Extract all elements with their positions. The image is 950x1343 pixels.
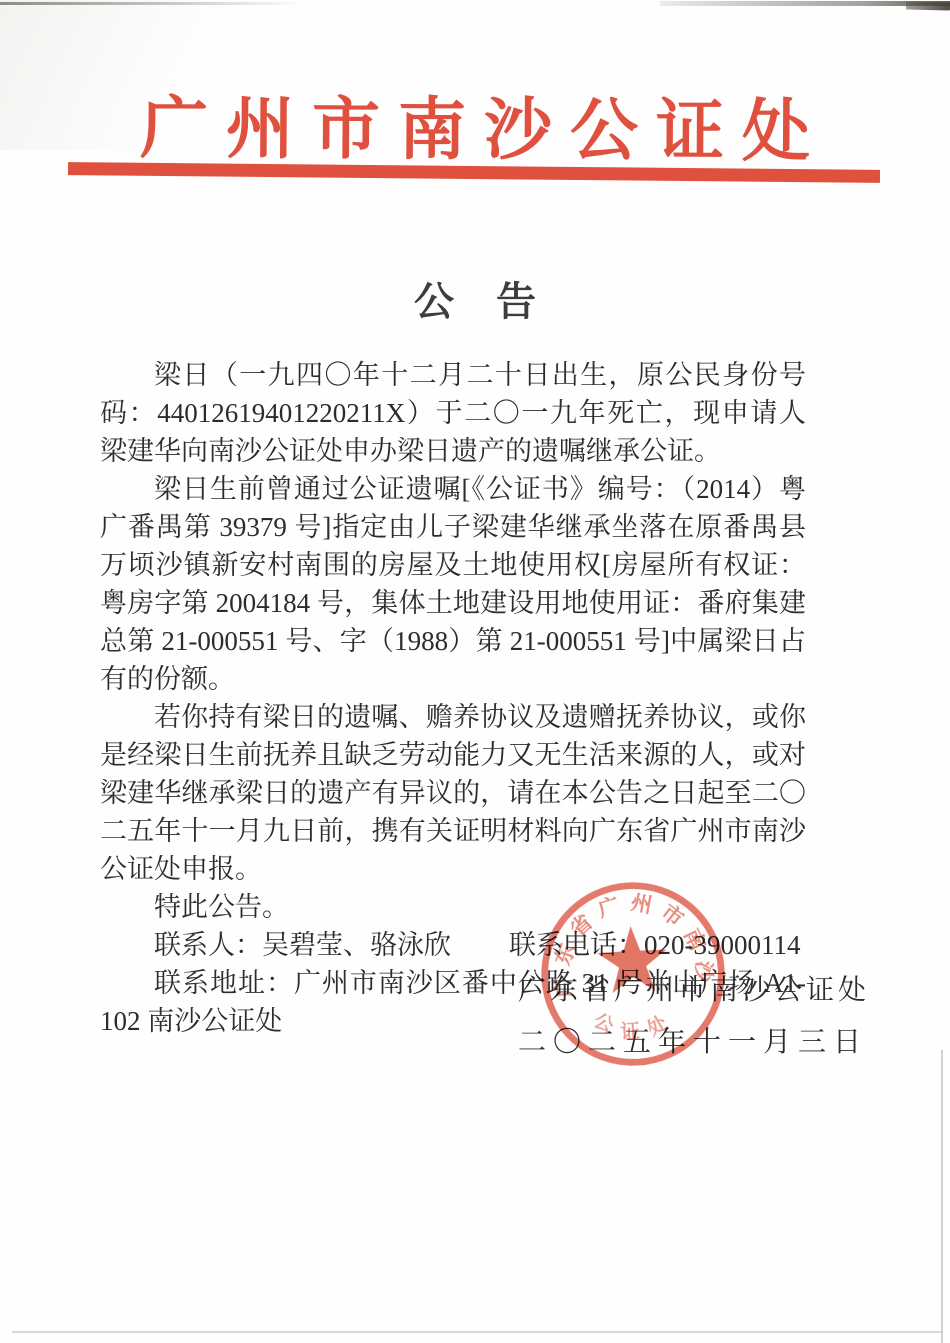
scan-page-edge-bottom [12, 1331, 942, 1333]
scan-edge-top-left [0, 2, 305, 5]
scan-page-edge-right [941, 1050, 943, 1343]
notice-closing: 特此公告。 [100, 888, 806, 926]
notice-paragraph-3: 若你持有梁日的遗嘱、赡养协议及遗赠抚养协议，或你是经梁日生前抚养且缺乏劳动能力又… [100, 698, 806, 888]
signature-date: 二〇二五年十一月三日 [518, 1020, 868, 1060]
contact-phone: 联系电话：020-39000114 [509, 930, 801, 960]
notice-body: 梁日（一九四〇年十二月二十日出生，原公民身份号码：440126194012202… [100, 356, 806, 1040]
contact-line: 联系人：吴碧莹、骆泳欣联系电话：020-39000114 [100, 926, 806, 964]
scan-edge-top-right-blob [906, 1, 950, 10]
contact-person: 联系人：吴碧莹、骆泳欣 [154, 930, 451, 960]
notice-paragraph-1: 梁日（一九四〇年十二月二十日出生，原公民身份号码：440126194012202… [100, 356, 806, 470]
signature-org: 广东省广州市南沙公证处 [518, 968, 870, 1008]
notice-paragraph-2: 梁日生前曾通过公证遗嘱[《公证书》编号：（2014）粤广番禺第 39379 号]… [100, 470, 806, 698]
scanned-notice-page: { "letterhead": { "org_name": "广州市南沙公证处"… [0, 0, 950, 1343]
letterhead-org-name: 广州市南沙公证处 [0, 74, 950, 176]
notice-title: 公 告 [0, 270, 950, 327]
